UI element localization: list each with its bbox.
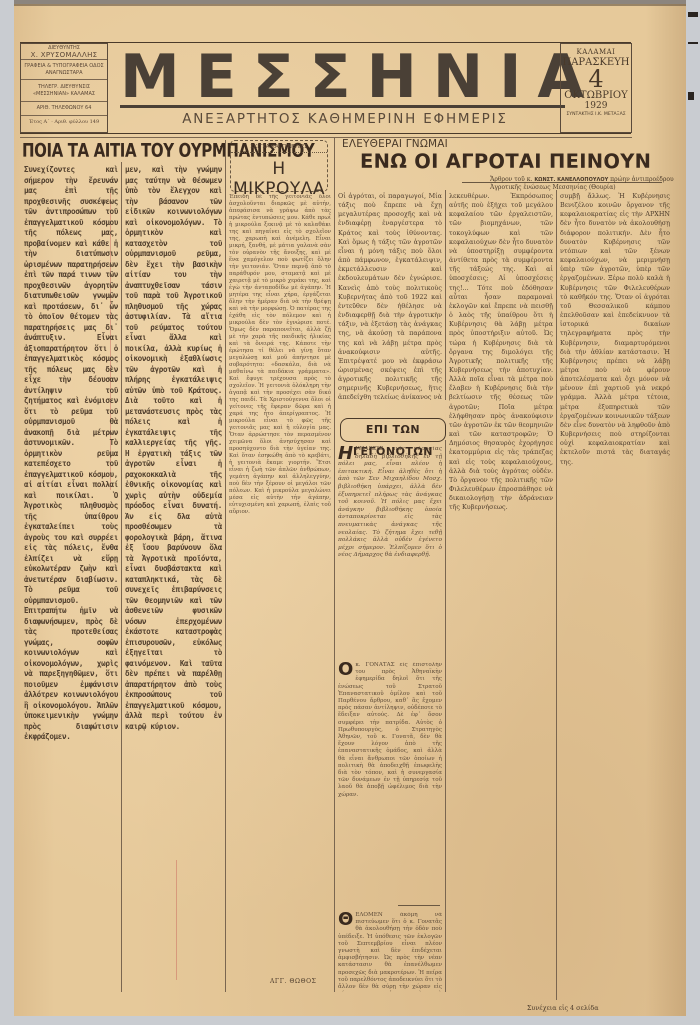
- year: 1929: [561, 101, 631, 111]
- continued-note: Συνέχεια εἰς 4 σελίδα: [527, 1004, 599, 1012]
- column-rule: [556, 190, 557, 1000]
- scan-mark: [688, 92, 694, 100]
- newspaper-title: ΜΕΣΣΗΝΙΑ: [120, 49, 560, 105]
- events-library-item: ΗΥΠΑΡΞΙΣ μιᾶς πλουσίας δηλαδὴ βιβλιοθήκη…: [338, 446, 442, 656]
- divider: [20, 137, 632, 138]
- director-name: Χ. ΧΡΥΣΟΜΑΛΛΗΣ: [22, 52, 106, 59]
- headline-urbanism: ΠΟΙΑ ΤΑ ΑΙΤΙΑ ΤΟΥ ΟΥΡΜΠΑΝΙΣΜΟΥ: [22, 139, 218, 162]
- title-rule: [120, 105, 565, 108]
- page-background-margin: [686, 0, 700, 1025]
- dropcap: Ο: [338, 662, 353, 677]
- offices-info: ΓΡΑΦΕΙΑ & ΤΥΠΟΓΡΑΦΕΙΑ ΟΔΟΣ ΑΝΑΓΝΩΣΤΑΡΑ: [21, 60, 107, 80]
- mikroula-body: Ἐπειδὴ δὲ τῆς γειτονιᾶς ὅλοι ἀσχολοῦνται…: [229, 194, 331, 974]
- farmers-kicker: ΕΛΕΥΘΕΡΑΙ ΓΝΩΜΑΙ: [342, 138, 448, 150]
- headline-farmers: ΕΝΩ ΟΙ ΑΓΡΟΤΑΙ ΠΕΙΝΟΥΝ: [360, 150, 651, 173]
- headline-mikroula: Η ΜΙΚΡΟΥΛΑ: [231, 159, 327, 199]
- divider: [398, 905, 440, 906]
- farmers-column-2: λεκευθέρων. Ἐκπρόσωπος αὐτῆς ποὺ ἐξήχει …: [449, 192, 553, 1000]
- issue-number: Έτος Α΄ · Αριθ. φύλλου 149: [21, 116, 107, 129]
- newspaper-subtitle: ΑΝΕΞΑΡΤΗΤΟΣ ΚΑΘΗΜΕΡΙΝΗ ΕΦΗΜΕΡΙΣ: [140, 111, 550, 127]
- page-top-edge: [14, 0, 686, 6]
- month: ΟΚΤΩΒΡΙΟΥ: [561, 90, 631, 101]
- farmers-byline: Ἄρθρον τοῦ κ. ΚΩΝΣΤ. ΚΑΝΕΛΛΟΠΟΥΛΟΥ πρώην…: [490, 176, 686, 191]
- column-rule: [225, 140, 226, 992]
- dropcap: Θ: [338, 912, 353, 927]
- events-library-text: ΥΠΑΡΞΙΣ μιᾶς πλουσίας δηλαδὴ βιβλιοθήκης…: [338, 446, 442, 558]
- scan-mark: [688, 12, 698, 17]
- events-gonatas-item: Οκ. ΓΟΝΑΤΑΣ εἰς ἐπιστολήν του πρὸς Ἀθηνα…: [338, 662, 442, 897]
- events-gonatas-text: κ. ΓΟΝΑΤΑΣ εἰς ἐπιστολήν του πρὸς Ἀθηναϊ…: [338, 662, 442, 798]
- column-rule: [334, 138, 335, 992]
- city: ΚΑΛΑΜΑΙ: [561, 48, 631, 56]
- mikroula-title-box: ΣΚΙΤΣΑ ΚΑΙ ΠΙΝΕΛΙΕΣ Η ΜΙΚΡΟΥΛΑ: [230, 140, 328, 192]
- farmers-column-1: Οἱ ἀγρόται, οἱ παραγωγοί, Μία τάξις ποὺ …: [338, 192, 442, 400]
- column-rule: [121, 162, 122, 992]
- scan-mark: [688, 42, 698, 44]
- mikroula-kicker: ΣΚΙΤΣΑ ΚΑΙ ΠΙΝΕΛΙΕΣ: [231, 144, 327, 153]
- mikroula-signature: ΑΓΓ. ΘΩΘΟΣ: [270, 978, 316, 985]
- headline-events: ΕΠΙ ΤΩΝ ΓΕΓΟΝΟΤΩΝ: [340, 418, 446, 442]
- telegraph-address: ΤΗΛΕΓΡ. ΔΙΕΥΘΥΝΣΙΣ «ΜΕΣΣΗΝΙΑΝ» ΚΑΛΑΜΑΣ: [21, 80, 107, 102]
- column-rule: [445, 440, 446, 992]
- events-thaumen-item: ΘΕΛΟΜΕΝ ἀκόμη νὰ πιστεύωμεν ὅτι ὁ κ. Γον…: [338, 912, 442, 992]
- events-thaumen-text: ΕΛΟΜΕΝ ἀκόμη νὰ πιστεύωμεν ὅτι ὁ κ. Γονα…: [338, 912, 442, 992]
- editor-credit: ΣΥΝΤΑΚΤΗΣ Ι.Κ. ΜΕΤΑΞΑΣ: [561, 112, 631, 117]
- column-rule: [445, 190, 446, 400]
- byline-author: ΚΩΝΣΤ. ΚΑΝΕΛΛΟΠΟΥΛΟΥ: [534, 177, 608, 183]
- dropcap: Η: [338, 446, 353, 461]
- urbanism-column-2: μεν, καὶ τὴν γνώμην μας ταύτην νὰ θέσωμε…: [125, 165, 222, 991]
- headline-question-mark: ;: [219, 143, 222, 153]
- farmers-column-3: συμβῇ ἄλλως. Ἡ Κυβέρνησις Βενιζέλου κοιν…: [560, 192, 670, 998]
- byline-prefix: Ἄρθρον τοῦ κ.: [490, 176, 532, 183]
- publisher-info-box: ΔΙΕΥΘΥΝΤΗΣ Χ. ΧΡΥΣΟΜΑΛΛΗΣ ΓΡΑΦΕΙΑ & ΤΥΠΟ…: [20, 43, 108, 133]
- masthead: ΔΙΕΥΘΥΝΤΗΣ Χ. ΧΡΥΣΟΜΑΛΛΗΣ ΓΡΑΦΕΙΑ & ΤΥΠΟ…: [20, 42, 631, 134]
- phone-number: ΑΡΙΘ. ΤΗΛΕΦΩΝΟΥ 64: [21, 102, 107, 116]
- day-number: 4: [561, 68, 631, 90]
- director-cell: ΔΙΕΥΘΥΝΤΗΣ Χ. ΧΡΥΣΟΜΑΛΛΗΣ: [21, 44, 107, 60]
- date-box: ΚΑΛΑΜΑΙ ΠΑΡΑΣΚΕΥΗ 4 ΟΚΤΩΒΡΙΟΥ 1929 ΣΥΝΤΑ…: [560, 43, 632, 133]
- urbanism-column-1: Συνεχίζοντες καὶ σήμερον τὴν ἔρευνάν μας…: [24, 165, 118, 991]
